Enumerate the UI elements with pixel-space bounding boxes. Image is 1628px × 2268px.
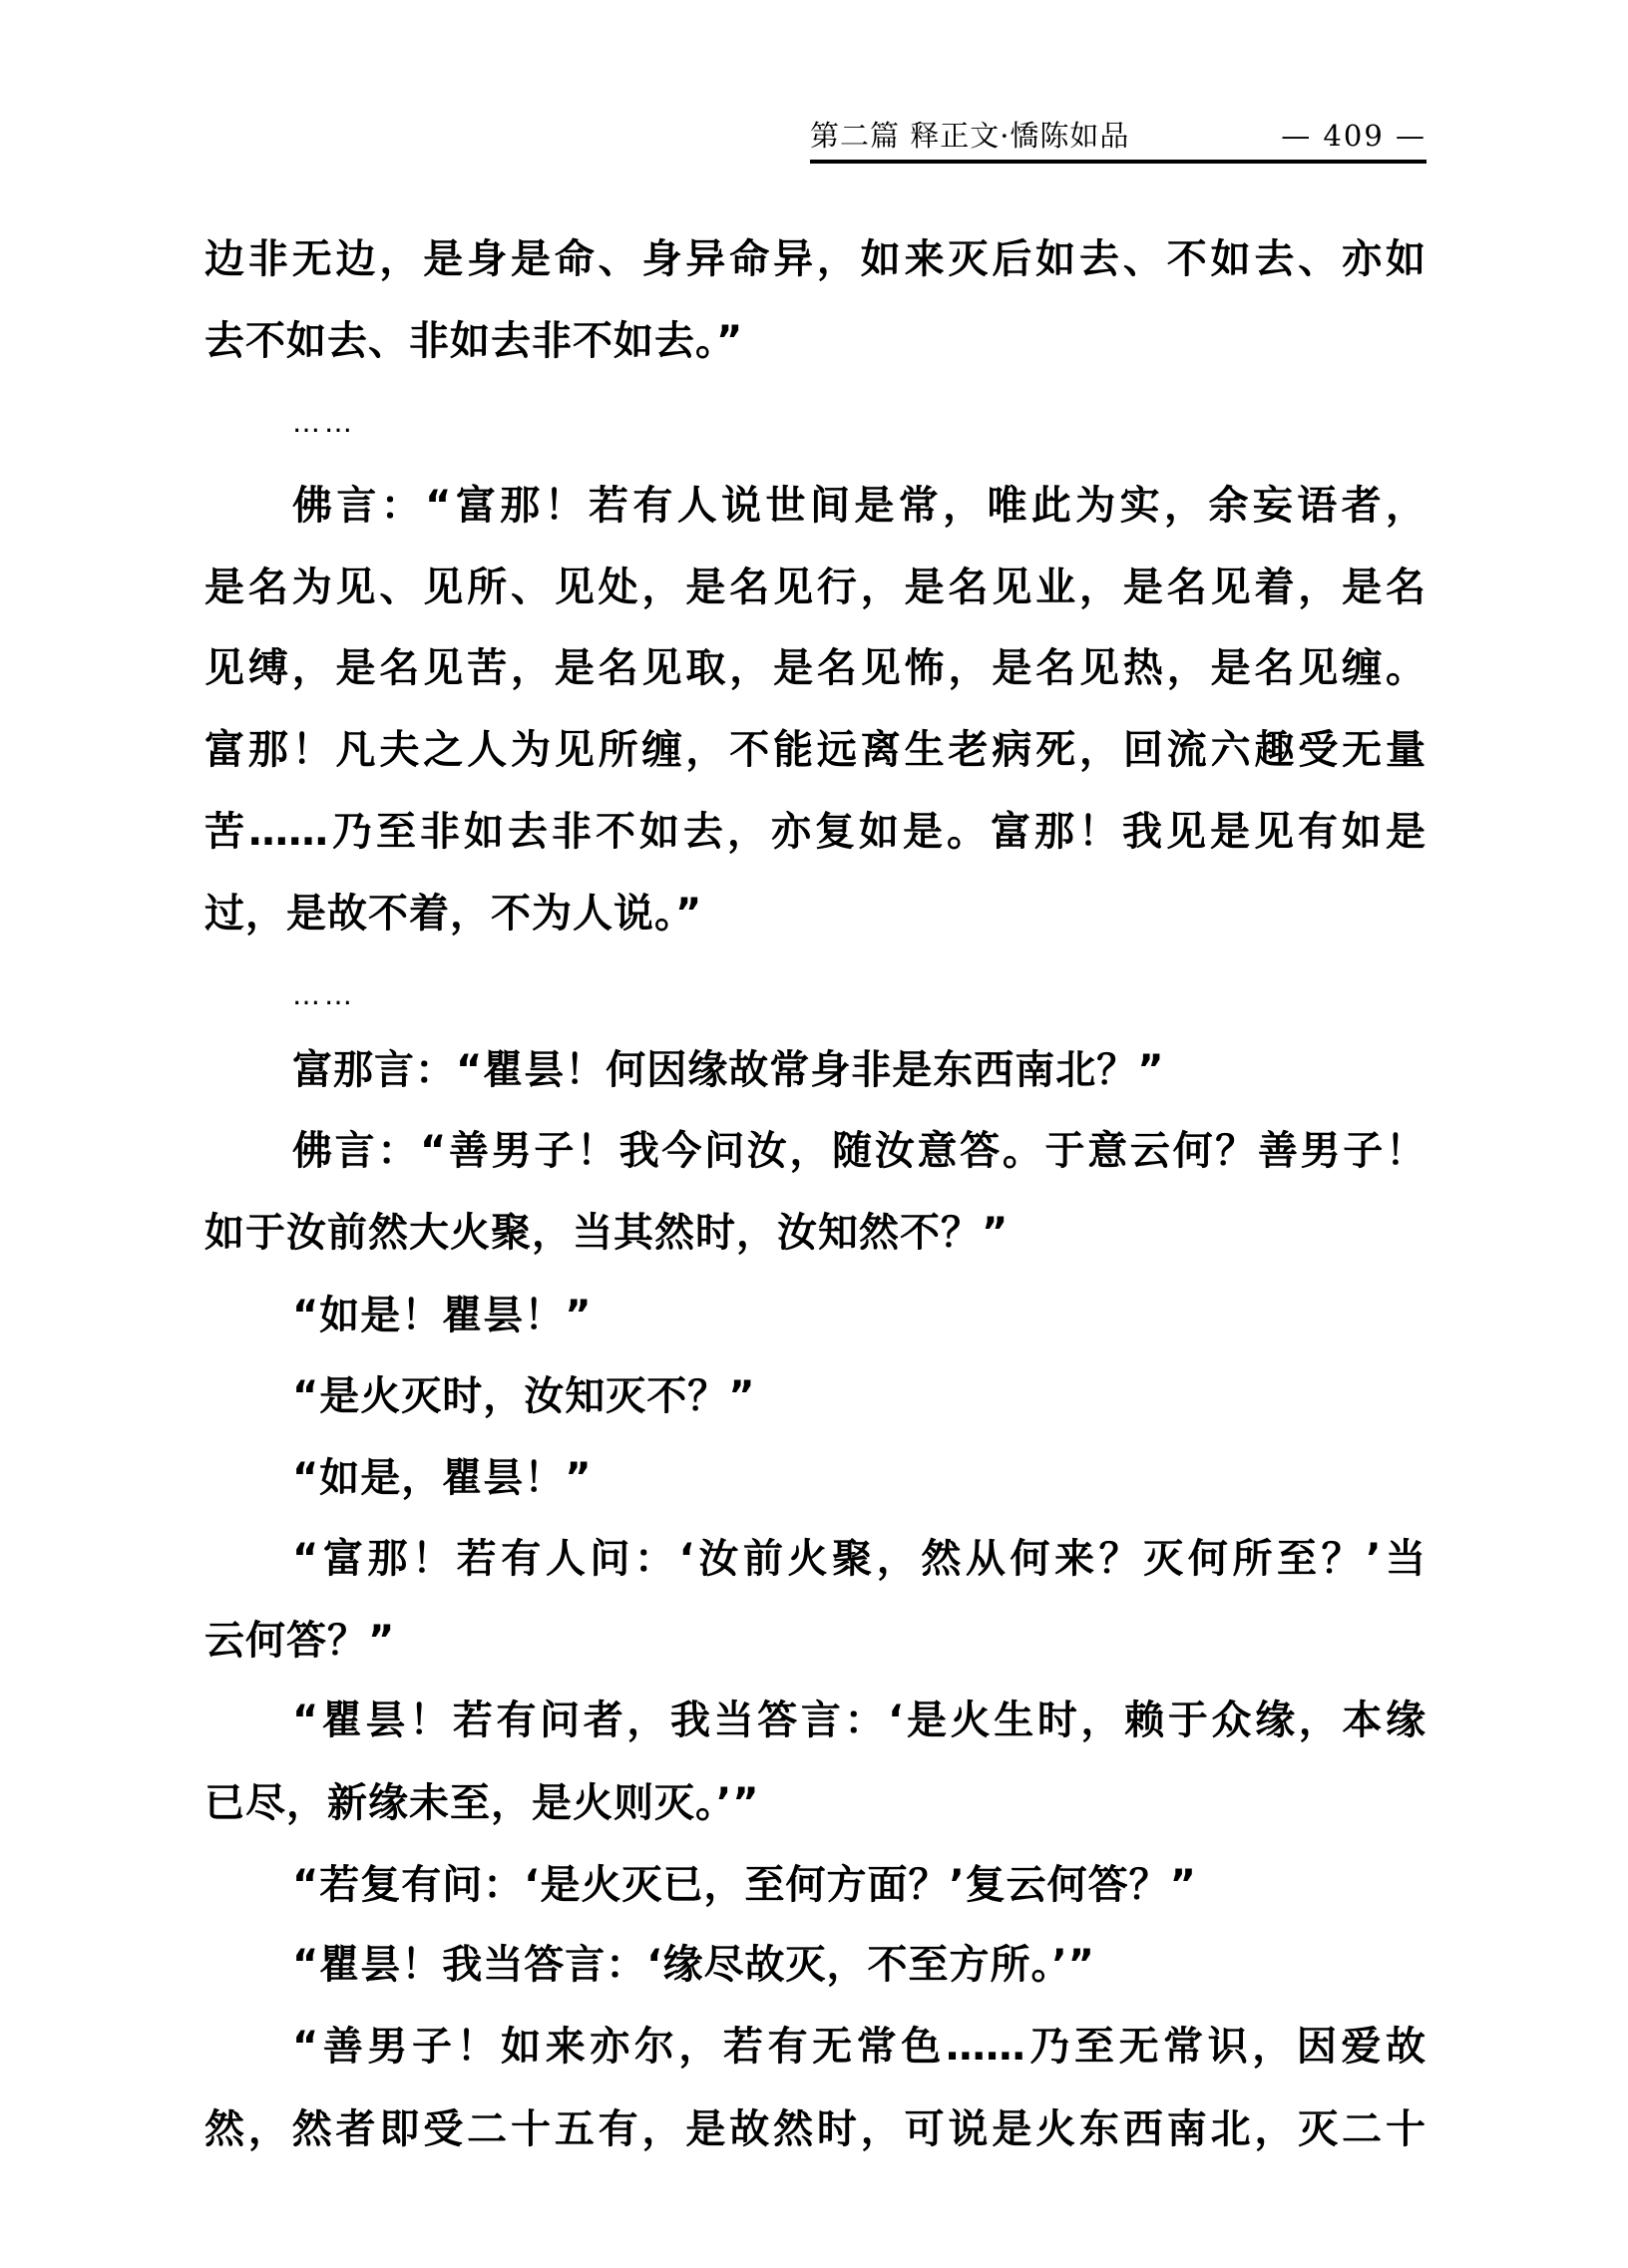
text-line: 富那！凡夫之人为见所缠，不能远离生老病死，回流六趣受无量 <box>204 726 1425 774</box>
text-line: “瞿昙！我当答言：‘缘尽故灭，不至方所。’” <box>292 1941 1095 1989</box>
text-line: 富那言：“瞿昙！何因缘故常身非是东西南北？” <box>292 1046 1165 1094</box>
text-line: 见缚，是名见苦，是名见取，是名见怖，是名见热，是名见缠。 <box>204 644 1425 692</box>
text-line: “若复有问：‘是火灭已，至何方面？’复云何答？” <box>292 1861 1197 1909</box>
text-line: “瞿昙！若有问者，我当答言：‘是火生时，赖于众缘，本缘 <box>292 1697 1425 1744</box>
text-line: “善男子！如来亦尔，若有无常色……乃至无常识，因爱故 <box>292 2023 1425 2071</box>
running-header: 第二篇 释正文·憍陈如品 — 409 — <box>810 116 1426 164</box>
ellipsis-line: …… <box>292 399 356 447</box>
text-line: “如是，瞿昙！” <box>292 1454 593 1502</box>
chapter-title: 第二篇 释正文·憍陈如品 <box>810 118 1129 154</box>
text-line: 是名为见、见所、见处，是名见行，是名见业，是名见着，是名 <box>204 564 1425 611</box>
text-line: 已尽，新缘未至，是火则灭。’” <box>204 1779 759 1827</box>
text-line: 云何答？” <box>204 1617 395 1665</box>
text-line: 边非无边，是身是命、身异命异，如来灭后如去、不如去、亦如 <box>204 235 1425 283</box>
text-line: 佛言：“善男子！我今问汝，随汝意答。于意云何？善男子！ <box>292 1127 1425 1175</box>
text-line: 如于汝前然大火聚，当其然时，汝知然不？” <box>204 1209 1009 1257</box>
ellipsis-line: …… <box>292 971 356 1019</box>
text-line: 苦……乃至非如去非不如去，亦复如是。富那！我见是见有如是 <box>204 808 1425 856</box>
text-line: “如是！瞿昙！” <box>292 1292 593 1339</box>
text-line: 佛言：“富那！若有人说世间是常，唯此为实，余妄语者， <box>292 482 1425 530</box>
text-line: “富那！若有人问：‘汝前火聚，然从何来？灭何所至？’当 <box>292 1535 1425 1583</box>
page-number: — 409 — <box>1281 118 1426 154</box>
text-line: 去不如去、非如去非不如去。” <box>204 317 743 365</box>
text-line: “是火灭时，汝知灭不？” <box>292 1372 756 1420</box>
text-line: 过，是故不着，不为人说。” <box>204 890 702 938</box>
text-line: 然，然者即受二十五有，是故然时，可说是火东西南北，灭二十 <box>204 2105 1425 2153</box>
